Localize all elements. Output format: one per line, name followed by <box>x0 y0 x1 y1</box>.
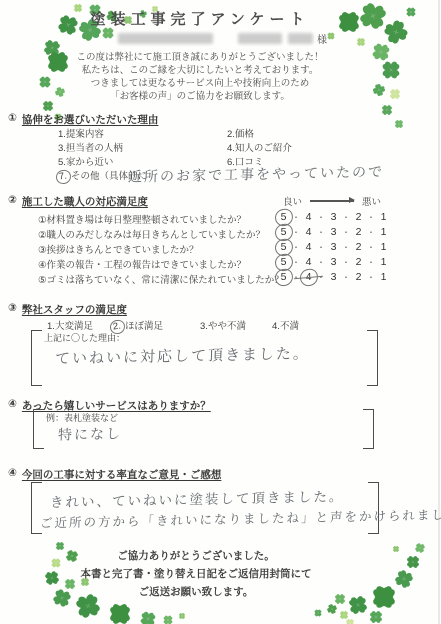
redacted-customer-name <box>118 33 213 44</box>
rating-5-circled: 5 <box>277 211 290 223</box>
dot-separator: ・ <box>340 227 352 238</box>
rating-row-1: 5・4・3・2・1 <box>277 211 390 223</box>
rating-5-circled: 5 <box>277 271 290 283</box>
rating-4-circled-crossed: 4 <box>302 271 315 283</box>
rating-2: 2 <box>352 226 365 238</box>
section1-title: 協伸をお選びいただいた理由 <box>22 112 159 127</box>
option-proposal: 1.提案内容 <box>58 126 104 140</box>
rating-1: 1 <box>377 211 390 223</box>
rating-5-circled: 5 <box>277 241 290 253</box>
section1-number: ① <box>8 112 17 127</box>
dot-separator: ・ <box>365 257 377 268</box>
name-honorific: 様 <box>317 31 327 46</box>
scale-bad-label: 悪い <box>362 194 381 208</box>
section3-number: ③ <box>8 302 17 317</box>
rating-4: 4 <box>302 226 315 238</box>
redacted-customer-name <box>288 33 313 44</box>
rating-row-5: 5・4・3・2・1 <box>277 271 390 283</box>
dot-separator: ・ <box>340 257 352 268</box>
scan-edge-artifact <box>438 0 440 624</box>
section5-heading: ④ 今回の工事に対する率直なご意見・ご感想 <box>8 467 221 482</box>
rating-3: 3 <box>327 241 340 253</box>
survey-document: 塗装工事完了アンケート 様 この度は弊社にて施工頂き誠にありがとうございました！… <box>0 0 441 624</box>
redacted-customer-name <box>238 33 282 44</box>
dot-separator: ・ <box>315 212 327 223</box>
rating-5-circled: 5 <box>277 226 290 238</box>
option-near-home: 5.家から近い <box>58 154 113 168</box>
question-3: ③挨拶はきちんとできていましたか？ <box>38 242 199 256</box>
question-4: ④作業の報告・工程の報告はできていましたか？ <box>38 257 246 271</box>
question-1: ①材料置き場は毎日整理整頓されていましたか？ <box>38 212 246 226</box>
rating-4: 4 <box>302 241 315 253</box>
rating-1: 1 <box>377 271 390 283</box>
rating-scale-header: 良い 悪い <box>283 194 381 208</box>
dot-separator: ・ <box>340 272 352 283</box>
rating-3: 3 <box>327 226 340 238</box>
dot-separator: ・ <box>365 272 377 283</box>
dot-separator: ・ <box>340 212 352 223</box>
survey-title: 塗装工事完了アンケート <box>0 8 400 29</box>
section1-heading: ① 協伸をお選びいただいた理由 <box>8 112 158 127</box>
footer-line: ご返送お願い致します。 <box>0 583 392 601</box>
option-referral: 4.知人のご紹介 <box>227 140 292 154</box>
reason-label: 上記に〇した理由： <box>44 331 125 344</box>
section2-number: ② <box>8 194 17 209</box>
intro-text: この度は弊社にて施工頂き誠にありがとうございました！ 私たちは、このご縁を大切に… <box>0 51 400 103</box>
rating-row-2: 5・4・3・2・1 <box>277 226 390 238</box>
dot-separator: ・ <box>315 242 327 253</box>
rating-2: 2 <box>352 256 365 268</box>
intro-line: この度は弊社にて施工頂き誠にありがとうございました！ <box>0 51 400 64</box>
rating-4: 4 <box>302 211 315 223</box>
scale-good-label: 良い <box>283 194 302 208</box>
rating-4: 4 <box>302 256 315 268</box>
rating-row-4: 5・4・3・2・1 <box>277 256 390 268</box>
option-price: 2.価格 <box>227 126 254 140</box>
rating-1: 1 <box>377 256 390 268</box>
section3-heading: ③ 弊社スタッフの満足度 <box>8 302 127 317</box>
handwritten-reason-other: 近所のお家で工事をやっていたので <box>128 161 385 186</box>
rating-row-3: 5・4・3・2・1 <box>277 241 390 253</box>
rating-1: 1 <box>377 241 390 253</box>
rating-5-circled: 5 <box>277 256 290 268</box>
rating-3: 3 <box>327 211 340 223</box>
dot-separator: ・ <box>315 257 327 268</box>
footer-line: ご協力ありがとうございました。 <box>0 547 392 565</box>
dot-separator: ・ <box>365 212 377 223</box>
footer-message: ご協力ありがとうございました。 本書と完了書・塗り替え日記をご返信用封筒にて ご… <box>0 547 392 601</box>
dot-separator: ・ <box>365 242 377 253</box>
footer-line: 本書と完了書・塗り替え日記をご返信用封筒にて <box>0 565 392 583</box>
dot-separator: ・ <box>365 227 377 238</box>
hand-drawn-circle-option7: 7. <box>55 169 72 185</box>
section5-title: 今回の工事に対する率直なご意見・ご感想 <box>22 467 222 482</box>
question-5: ⑤ゴミは落ちていなく、常に清潔に保たれていましたか？ <box>38 272 284 286</box>
intro-line: 私たちは、このご縁を大切にしたいと考えております。 <box>0 64 400 77</box>
rating-2: 2 <box>352 271 365 283</box>
rating-1: 1 <box>377 226 390 238</box>
dot-separator: ・ <box>340 242 352 253</box>
service-example-label: 例：表札塗装など <box>46 411 118 424</box>
option-other-number: 7. <box>58 171 67 183</box>
section4-number: ④ <box>8 398 17 413</box>
arrow-right-icon <box>310 200 354 201</box>
rating-2: 2 <box>352 241 365 253</box>
dot-separator: ・ <box>315 227 327 238</box>
handwritten-service-answer: 特になし <box>58 423 123 444</box>
section3-title: 弊社スタッフの満足度 <box>22 302 127 317</box>
section2-heading: ② 施工した職人の対応満足度 <box>8 194 148 209</box>
question-2: ②職人のみだしなみは毎日きちんとしていましたか？ <box>38 227 265 241</box>
section5-number: ④ <box>8 467 17 482</box>
customer-name-line: 様 <box>118 31 327 46</box>
intro-line: つきましては更なるサービス向上や技術向上のため <box>0 77 400 90</box>
rating-3: 3 <box>327 256 340 268</box>
rating-2: 2 <box>352 211 365 223</box>
intro-line: 「お客様の声」のご協力をお願致します。 <box>0 90 400 103</box>
rating-3: 3 <box>327 271 340 283</box>
section2-title: 施工した職人の対応満足度 <box>22 194 148 209</box>
option-personality: 3.担当者の人柄 <box>58 140 123 154</box>
